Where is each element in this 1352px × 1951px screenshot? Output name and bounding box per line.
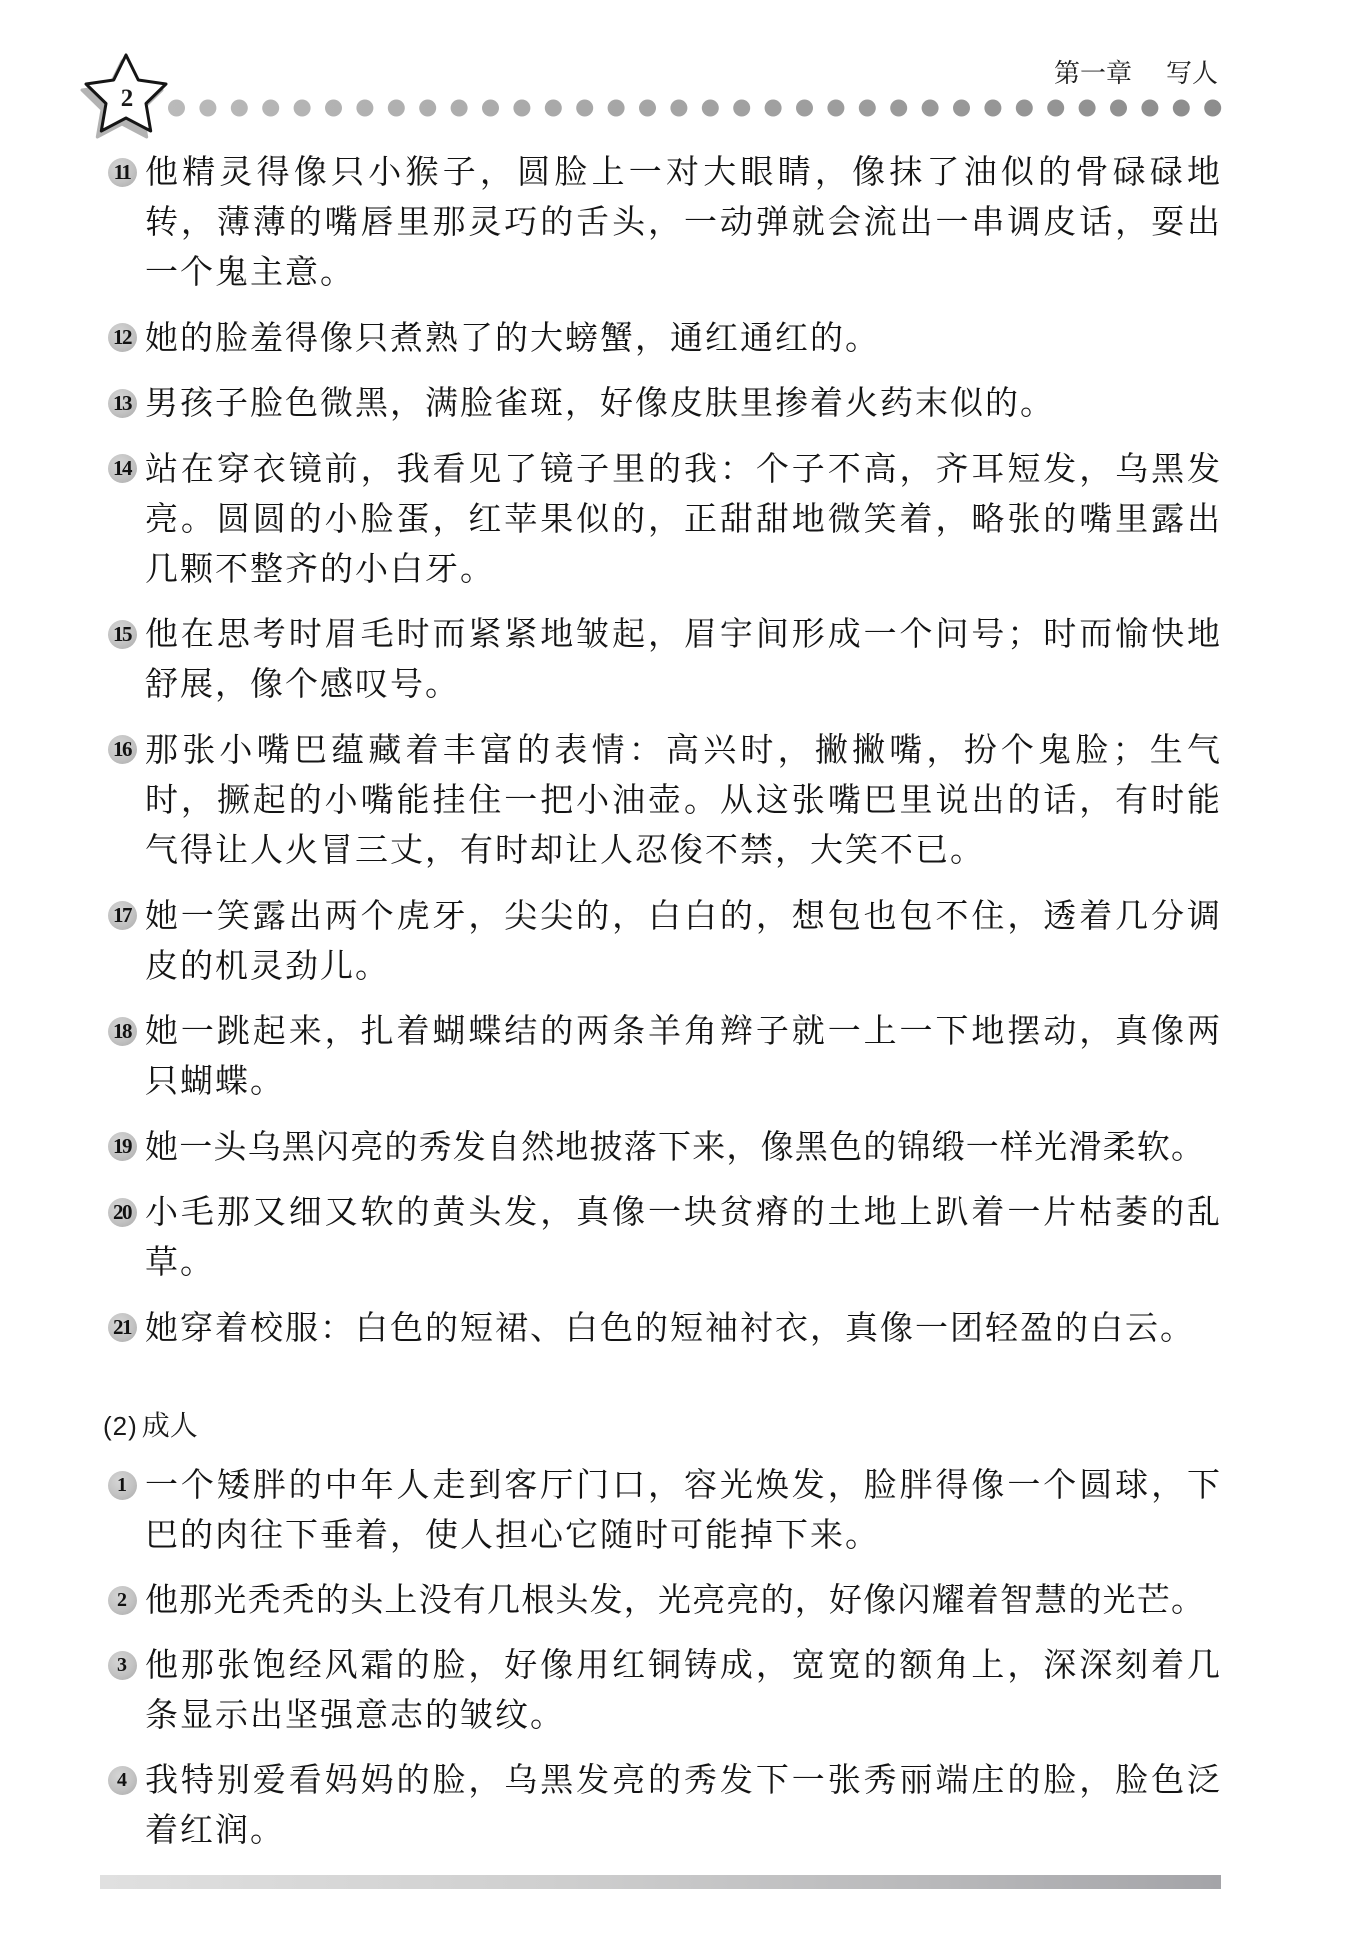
text-line: 男孩子脸色微黑，满脸雀斑，好像皮肤里掺着火药末似的。 bbox=[145, 378, 1222, 428]
text-line: 他那张饱经风霜的脸，好像用红铜铸成，宽宽的额角上，深深刻着几 bbox=[145, 1640, 1222, 1690]
item-number-badge: 15 bbox=[108, 620, 137, 649]
item-number-badge: 19 bbox=[108, 1132, 137, 1161]
text-line: 时，撅起的小嘴能挂住一把小油壶。从这张嘴巴里说出的话，有时能 bbox=[145, 775, 1222, 825]
item-number: 3 bbox=[117, 1651, 127, 1680]
list-item: 4 我特别爱看妈妈的脸，乌黑发亮的秀发下一张秀丽端庄的脸，脸色泛 着红润。 bbox=[0, 1755, 1352, 1855]
item-number-badge: 4 bbox=[108, 1766, 137, 1795]
text-line: 我特别爱看妈妈的脸，乌黑发亮的秀发下一张秀丽端庄的脸，脸色泛 bbox=[145, 1755, 1222, 1805]
text-line: 她一头乌黑闪亮的秀发自然地披落下来，像黑色的锦缎一样光滑柔软。 bbox=[145, 1122, 1222, 1172]
item-number-badge: 20 bbox=[108, 1198, 137, 1227]
text-line: 她一笑露出两个虎牙，尖尖的，白白的，想包也包不住，透着几分调 bbox=[145, 891, 1222, 941]
dotted-rule-decoration bbox=[160, 95, 1232, 123]
item-number: 18 bbox=[113, 1017, 131, 1046]
running-header: 第一章 写人 bbox=[1054, 58, 1218, 88]
section-title: 成人 bbox=[142, 1409, 198, 1443]
item-number-badge: 14 bbox=[108, 454, 137, 483]
item-number: 19 bbox=[113, 1132, 131, 1161]
text-line: 几颗不整齐的小白牙。 bbox=[145, 544, 1222, 594]
text-line: 他那光秃秃的头上没有几根头发，光亮亮的，好像闪耀着智慧的光芒。 bbox=[145, 1575, 1222, 1625]
text-line: 小毛那又细又软的黄头发，真像一块贫瘠的土地上趴着一片枯萎的乱 bbox=[145, 1187, 1222, 1237]
section-marker: (2) bbox=[103, 1409, 138, 1443]
item-number-badge: 1 bbox=[108, 1471, 137, 1500]
list-item: 20 小毛那又细又软的黄头发，真像一块贫瘠的土地上趴着一片枯萎的乱 草。 bbox=[0, 1187, 1352, 1287]
text-line: 草。 bbox=[145, 1237, 1222, 1287]
chapter-title: 写人 bbox=[1166, 58, 1218, 88]
list-item: 16 那张小嘴巴蕴藏着丰富的表情：高兴时，撇撇嘴，扮个鬼脸；生气 时，撅起的小嘴… bbox=[0, 725, 1352, 875]
item-number-badge: 21 bbox=[108, 1313, 137, 1342]
item-number: 12 bbox=[113, 323, 131, 352]
text-line: 舒展，像个感叹号。 bbox=[145, 659, 1222, 709]
text-line: 她一跳起来，扎着蝴蝶结的两条羊角辫子就一上一下地摆动，真像两 bbox=[145, 1006, 1222, 1056]
text-line: 只蝴蝶。 bbox=[145, 1056, 1222, 1106]
item-number: 13 bbox=[113, 389, 131, 418]
item-number: 17 bbox=[113, 901, 131, 930]
sentence-list-children: 11 他精灵得像只小猴子，圆脸上一对大眼睛，像抹了油似的骨碌碌地 转，薄薄的嘴唇… bbox=[0, 147, 1352, 1369]
list-item: 2 他那光秃秃的头上没有几根头发，光亮亮的，好像闪耀着智慧的光芒。 bbox=[0, 1575, 1352, 1625]
sentence-list-adults: 1 一个矮胖的中年人走到客厅门口，容光焕发，脸胖得像一个圆球，下 巴的肉往下垂着… bbox=[0, 1460, 1352, 1870]
text-line: 着红润。 bbox=[145, 1805, 1222, 1855]
list-item: 12 她的脸羞得像只煮熟了的大螃蟹，通红通红的。 bbox=[0, 313, 1352, 363]
item-number: 21 bbox=[113, 1313, 131, 1342]
text-line: 她的脸羞得像只煮熟了的大螃蟹，通红通红的。 bbox=[145, 313, 1222, 363]
list-item: 3 他那张饱经风霜的脸，好像用红铜铸成，宽宽的额角上，深深刻着几 条显示出坚强意… bbox=[0, 1640, 1352, 1740]
text-line: 他在思考时眉毛时而紧紧地皱起，眉宇间形成一个问号；时而愉快地 bbox=[145, 609, 1222, 659]
text-line: 转，薄薄的嘴唇里那灵巧的舌头，一动弹就会流出一串调皮话，耍出 bbox=[145, 197, 1222, 247]
text-line: 皮的机灵劲儿。 bbox=[145, 941, 1222, 991]
item-number: 16 bbox=[113, 735, 131, 764]
list-item: 17 她一笑露出两个虎牙，尖尖的，白白的，想包也包不住，透着几分调 皮的机灵劲儿… bbox=[0, 891, 1352, 991]
item-number-badge: 17 bbox=[108, 901, 137, 930]
list-item: 18 她一跳起来，扎着蝴蝶结的两条羊角辫子就一上一下地摆动，真像两 只蝴蝶。 bbox=[0, 1006, 1352, 1106]
item-number: 20 bbox=[113, 1198, 131, 1227]
text-line: 他精灵得像只小猴子，圆脸上一对大眼睛，像抹了油似的骨碌碌地 bbox=[145, 147, 1222, 197]
item-number: 14 bbox=[113, 454, 131, 483]
list-item: 15 他在思考时眉毛时而紧紧地皱起，眉宇间形成一个问号；时而愉快地 舒展，像个感… bbox=[0, 609, 1352, 709]
list-item: 19 她一头乌黑闪亮的秀发自然地披落下来，像黑色的锦缎一样光滑柔软。 bbox=[0, 1122, 1352, 1172]
item-number-badge: 18 bbox=[108, 1017, 137, 1046]
item-number: 4 bbox=[117, 1766, 127, 1795]
text-line: 那张小嘴巴蕴藏着丰富的表情：高兴时，撇撇嘴，扮个鬼脸；生气 bbox=[145, 725, 1222, 775]
list-item: 13 男孩子脸色微黑，满脸雀斑，好像皮肤里掺着火药末似的。 bbox=[0, 378, 1352, 428]
list-item: 1 一个矮胖的中年人走到客厅门口，容光焕发，脸胖得像一个圆球，下 巴的肉往下垂着… bbox=[0, 1460, 1352, 1560]
section-heading: (2) 成人 bbox=[103, 1409, 198, 1443]
list-item: 21 她穿着校服：白色的短裙、白色的短袖衬衣，真像一团轻盈的白云。 bbox=[0, 1303, 1352, 1353]
chapter-label: 第一章 bbox=[1054, 58, 1132, 88]
item-number-badge: 2 bbox=[108, 1586, 137, 1615]
item-number-badge: 13 bbox=[108, 389, 137, 418]
text-line: 亮。圆圆的小脸蛋，红苹果似的，正甜甜地微笑着，略张的嘴里露出 bbox=[145, 494, 1222, 544]
footer-gradient-bar bbox=[100, 1875, 1221, 1889]
list-item: 14 站在穿衣镜前，我看见了镜子里的我：个子不高，齐耳短发，乌黑发 亮。圆圆的小… bbox=[0, 444, 1352, 594]
list-item: 11 他精灵得像只小猴子，圆脸上一对大眼睛，像抹了油似的骨碌碌地 转，薄薄的嘴唇… bbox=[0, 147, 1352, 297]
text-line: 巴的肉往下垂着，使人担心它随时可能掉下来。 bbox=[145, 1510, 1222, 1560]
text-line: 站在穿衣镜前，我看见了镜子里的我：个子不高，齐耳短发，乌黑发 bbox=[145, 444, 1222, 494]
item-number-badge: 11 bbox=[108, 158, 137, 187]
item-number: 11 bbox=[114, 158, 131, 187]
text-line: 她穿着校服：白色的短裙、白色的短袖衬衣，真像一团轻盈的白云。 bbox=[145, 1303, 1222, 1353]
item-number-badge: 3 bbox=[108, 1651, 137, 1680]
text-line: 气得让人火冒三丈，有时却让人忍俊不禁，大笑不已。 bbox=[145, 825, 1222, 875]
item-number: 15 bbox=[113, 620, 131, 649]
page-number: 2 bbox=[121, 85, 134, 112]
item-number-badge: 16 bbox=[108, 735, 137, 764]
item-number-badge: 12 bbox=[108, 323, 137, 352]
item-number: 1 bbox=[117, 1471, 127, 1500]
text-line: 一个鬼主意。 bbox=[145, 247, 1222, 297]
item-number: 2 bbox=[117, 1586, 127, 1615]
text-line: 条显示出坚强意志的皱纹。 bbox=[145, 1690, 1222, 1740]
text-line: 一个矮胖的中年人走到客厅门口，容光焕发，脸胖得像一个圆球，下 bbox=[145, 1460, 1222, 1510]
